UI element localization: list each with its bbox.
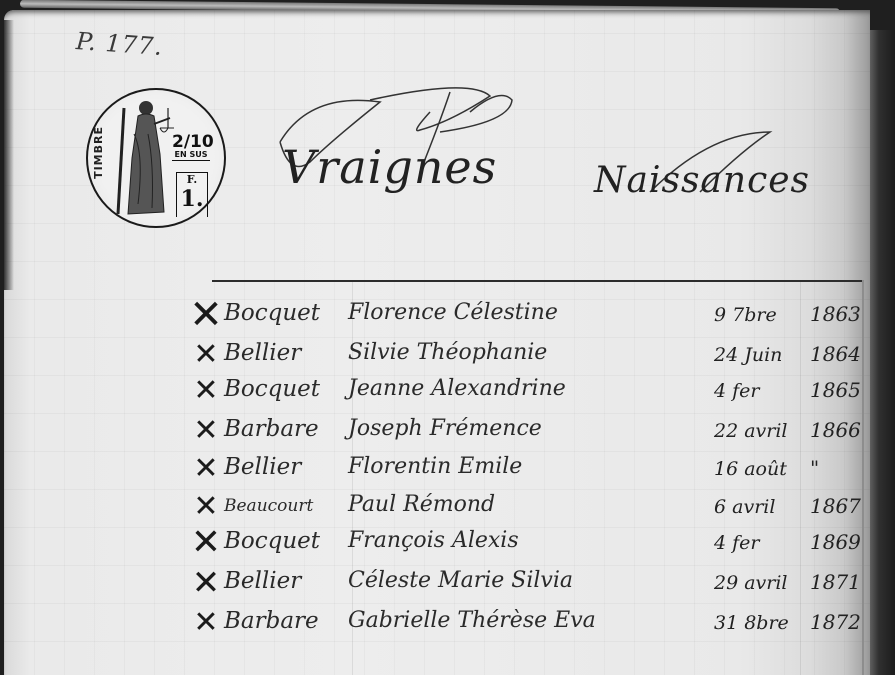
cross-mark-icon: ✕ <box>186 374 226 408</box>
entry-date: 29 avril <box>714 572 810 594</box>
scanned-register-page: P. 177. TIMBRE 2/10 EN SUS F. 1. Vraig <box>0 0 895 675</box>
entry-row: ✕ Bellier Silvie Théophanie 24 Juin 1864 <box>186 338 876 372</box>
cross-mark-icon: ✕ <box>186 566 226 600</box>
entry-year: 1872 <box>810 610 870 634</box>
entry-year: " <box>810 456 870 480</box>
cross-mark-icon: ✕ <box>186 526 226 560</box>
entry-row: ✕ Bellier Céleste Marie Silvia 29 avril … <box>186 566 876 600</box>
entry-date: 16 août <box>714 458 810 480</box>
entry-row: ✕ Bellier Florentin Emile 16 août " <box>186 452 876 486</box>
entry-row: ✕ Barbare Gabrielle Thérèse Eva 31 8bre … <box>186 606 876 640</box>
entry-date: 6 avril <box>714 496 810 518</box>
entry-date: 4 fer <box>714 532 810 554</box>
cross-mark-icon: ✕ <box>186 414 226 448</box>
entry-given-names: François Alexis <box>348 528 678 553</box>
entry-year: 1869 <box>810 530 870 554</box>
cross-mark-icon: ✕ <box>186 606 226 640</box>
entry-given-names: Paul Rémond <box>348 492 678 517</box>
entry-row: ✕ Barbare Joseph Frémence 22 avril 1866 <box>186 414 876 448</box>
entry-year: 1865 <box>810 378 870 402</box>
entry-date: 9 7bre <box>714 304 810 326</box>
entry-year: 1867 <box>810 494 870 518</box>
birth-entries: ✕ Bocquet Florence Célestine 9 7bre 1863… <box>0 0 895 675</box>
entry-row: ✕ Beaucourt Paul Rémond 6 avril 1867 <box>186 490 876 524</box>
entry-given-names: Gabrielle Thérèse Eva <box>348 608 678 633</box>
cross-mark-icon: ✕ <box>186 298 226 332</box>
entry-year: 1863 <box>810 302 870 326</box>
entry-date: 24 Juin <box>714 344 810 366</box>
entry-row: ✕ Bocquet Jeanne Alexandrine 4 fer 1865 <box>186 374 876 408</box>
entry-row: ✕ Bocquet Florence Célestine 9 7bre 1863 <box>186 298 876 332</box>
entry-given-names: Florentin Emile <box>348 454 678 479</box>
cross-mark-icon: ✕ <box>186 490 226 524</box>
entry-given-names: Silvie Théophanie <box>348 340 678 365</box>
entry-given-names: Céleste Marie Silvia <box>348 568 678 593</box>
entry-date: 4 fer <box>714 380 810 402</box>
entry-year: 1866 <box>810 418 870 442</box>
entry-date: 31 8bre <box>714 612 810 634</box>
entry-given-names: Florence Célestine <box>348 300 678 325</box>
cross-mark-icon: ✕ <box>186 338 226 372</box>
entry-date: 22 avril <box>714 420 810 442</box>
entry-given-names: Joseph Frémence <box>348 416 678 441</box>
entry-given-names: Jeanne Alexandrine <box>348 376 678 401</box>
entry-year: 1864 <box>810 342 870 366</box>
entry-year: 1871 <box>810 570 870 594</box>
cross-mark-icon: ✕ <box>186 452 226 486</box>
entry-row: ✕ Bocquet François Alexis 4 fer 1869 <box>186 526 876 560</box>
